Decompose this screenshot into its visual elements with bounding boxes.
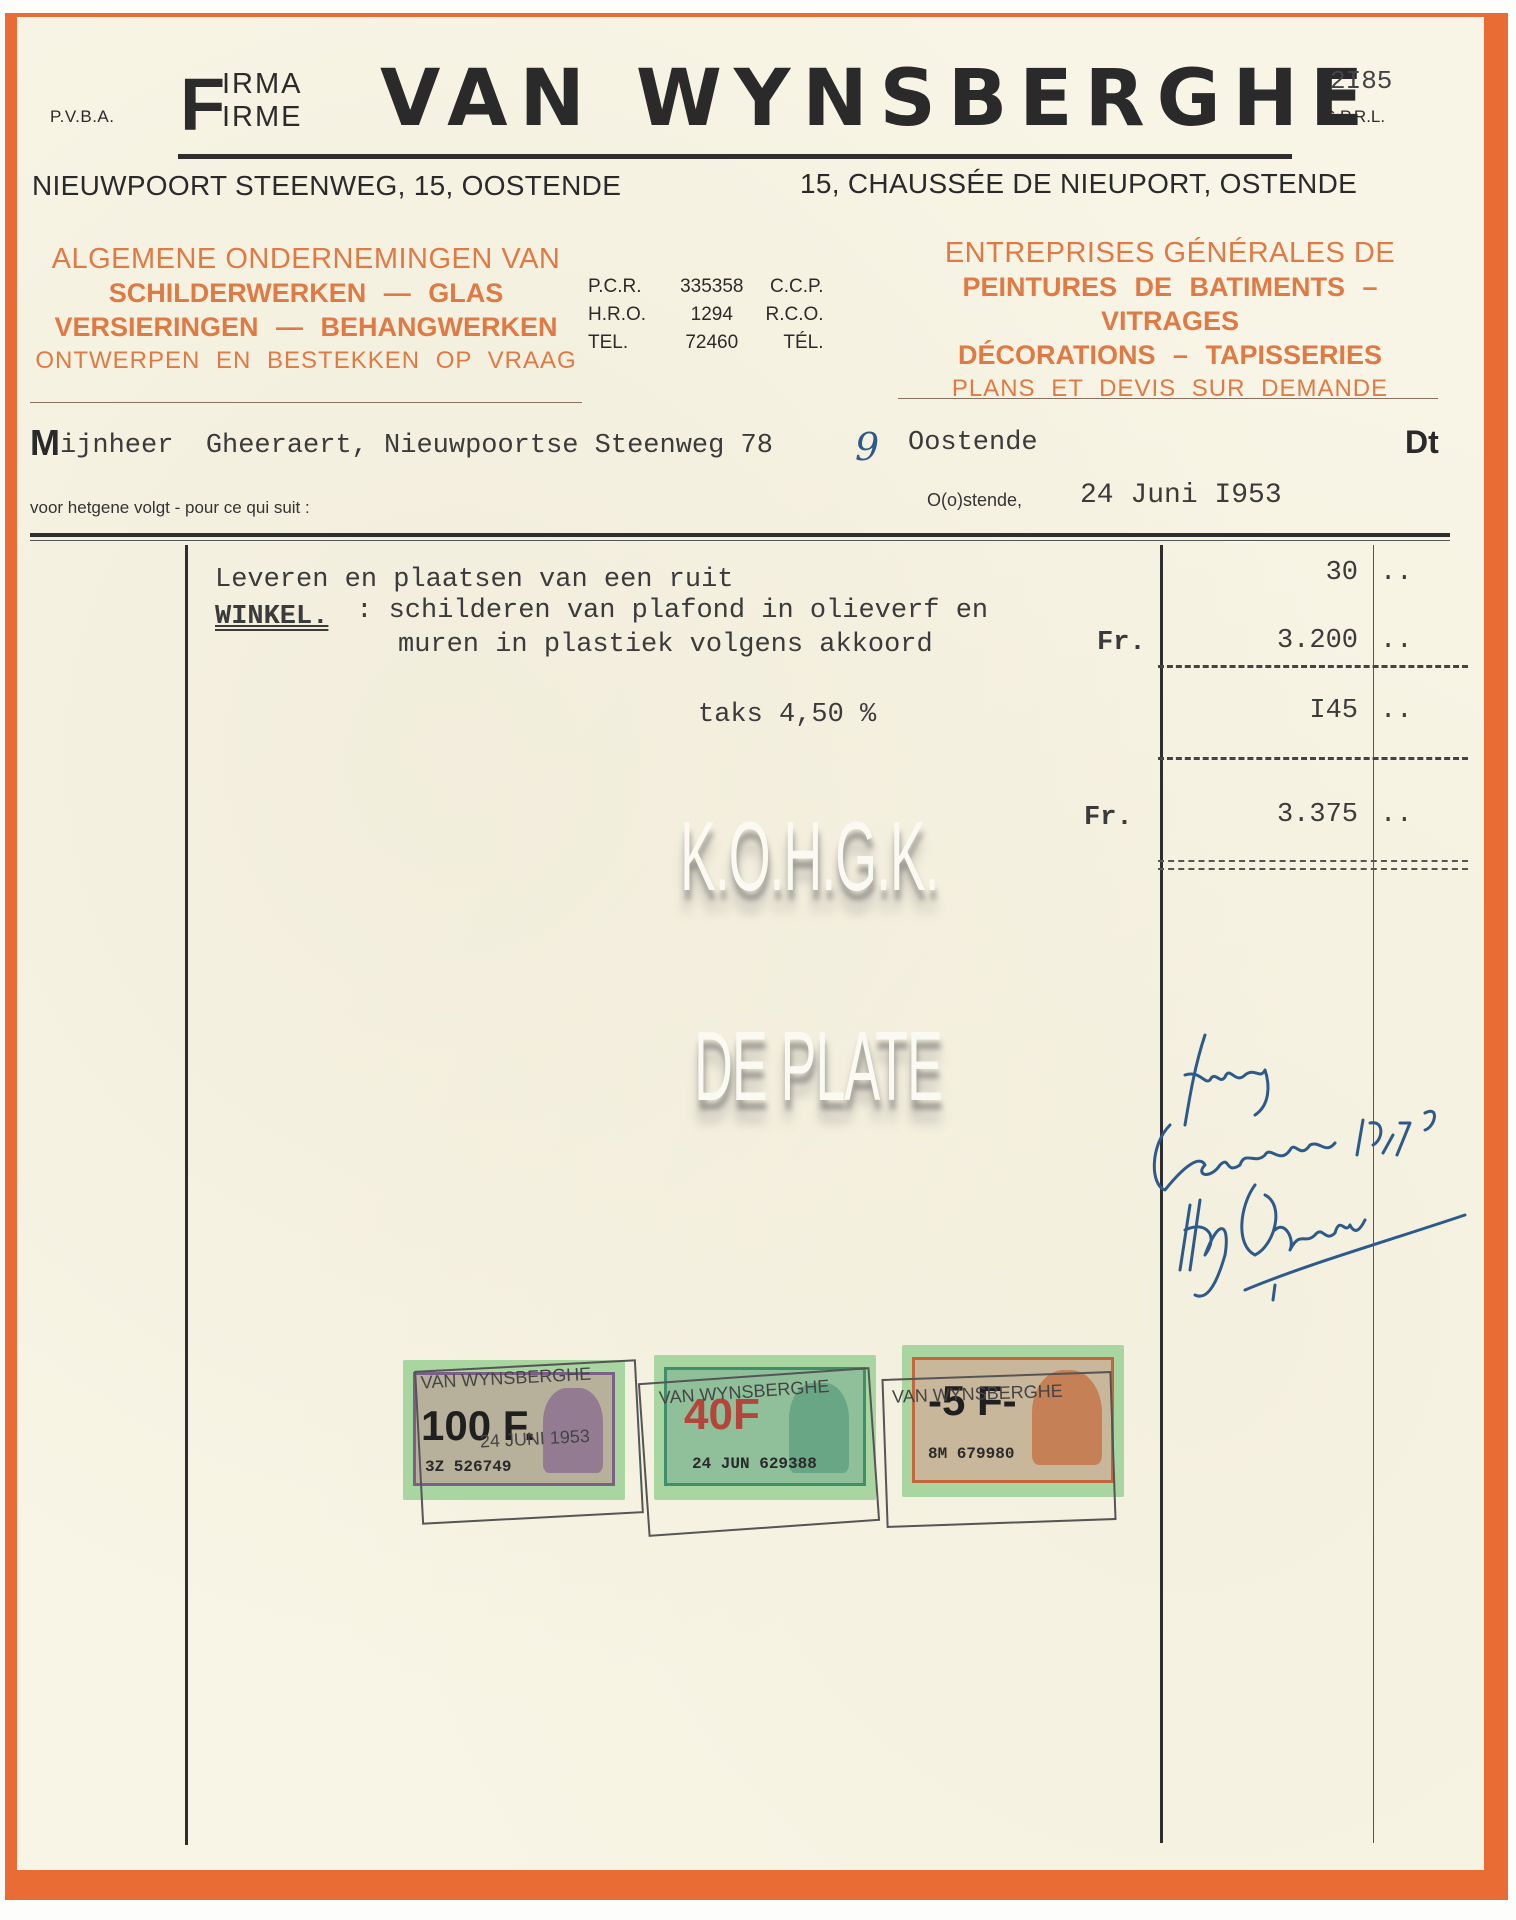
- table-top-rule-thin: [30, 540, 1450, 541]
- services-nl: ALGEMENE ONDERNEMINGEN VAN SCHILDERWERKE…: [26, 242, 586, 378]
- services-fr-line4: PLANS ET DEVIS SUR DEMANDE: [890, 372, 1450, 406]
- line-item-label-winkel: WINKEL.: [215, 602, 328, 632]
- subtotal-rule: [1158, 665, 1468, 668]
- tax-cents: ..: [1380, 696, 1412, 726]
- line-item-amount: 30: [1158, 558, 1358, 588]
- handwritten-house-number-correction: 9: [855, 425, 879, 469]
- address-nl: NIEUWPOORT STEENWEG, 15, OOSTENDE: [32, 170, 621, 202]
- reg-label-fr: TÉL.: [765, 329, 823, 357]
- company-name: VAN WYNSBERGHE: [380, 60, 1375, 138]
- services-fr: ENTREPRISES GÉNÉRALES DE PEINTURES DE BA…: [890, 236, 1450, 406]
- recipient-line: ijnheer Gheeraert, Nieuwpoortse Steenweg…: [60, 431, 773, 461]
- watermark-line2: DE PLATE: [694, 1010, 942, 1123]
- total-rule: [1158, 757, 1468, 760]
- services-fr-line1: ENTREPRISES GÉNÉRALES DE: [890, 236, 1450, 270]
- debit-marker: Dt: [1405, 424, 1439, 461]
- invoice-date: 24 Juni I953: [1080, 480, 1282, 511]
- handwritten-paid-signature: [1145, 1015, 1475, 1309]
- reg-value: 335358: [658, 273, 765, 301]
- table-left-line: [185, 545, 188, 1845]
- watermark-line1: K.O.H.G.K.: [680, 800, 939, 913]
- tax-label: taks 4,50 %: [698, 700, 876, 730]
- firma-fr-label: IRME: [222, 103, 303, 132]
- title-underline: [178, 154, 1292, 159]
- line-item-amount: 3.200: [1158, 626, 1358, 656]
- services-nl-line4: ONTWERPEN EN BESTEKKEN OP VRAAG: [26, 344, 586, 378]
- recipient-city: Oostende: [908, 428, 1038, 458]
- reg-value: 72460: [658, 329, 765, 357]
- services-nl-line3: VERSIERINGEN — BEHANGWERKEN: [26, 310, 586, 344]
- cancel-text: VAN WYNSBERGHE: [658, 1376, 830, 1409]
- address-fr: 15, CHAUSSÉE DE NIEUPORT, OSTENDE: [800, 168, 1357, 200]
- line-item-continuation: muren in plastiek volgens akkoord: [398, 630, 933, 660]
- registration-row: TEL. 72460 TÉL.: [588, 329, 824, 357]
- services-nl-rule: [30, 402, 582, 403]
- place-label: O(o)stende,: [927, 490, 1022, 511]
- services-nl-line2: SCHILDERWERKEN — GLAS: [26, 276, 586, 310]
- legal-form-fr: S.P.R.L.: [1324, 107, 1385, 127]
- registration-row: P.C.R. 335358 C.C.P.: [588, 273, 824, 301]
- total-double-rule: [1158, 860, 1468, 870]
- cancellation-postmark: VAN WYNSBERGHE 24 JUNI 1953: [414, 1359, 644, 1524]
- firma-nl-label: IRMA: [222, 70, 303, 99]
- services-fr-line3: DÉCORATIONS – TAPISSERIES: [890, 338, 1450, 372]
- cancellation-postmark: VAN WYNSBERGHE: [881, 1371, 1116, 1528]
- intro-label: voor hetgene volgt - pour ce qui suit :: [30, 498, 310, 518]
- registration-row: H.R.O. 1294 R.C.O.: [588, 301, 824, 329]
- total-cents: ..: [1380, 800, 1412, 830]
- currency-label: Fr.: [1097, 628, 1146, 658]
- cancel-text: VAN WYNSBERGHE: [892, 1381, 1063, 1408]
- document-number: 2I85: [1330, 66, 1392, 96]
- table-top-rule: [30, 533, 1450, 537]
- total-amount: 3.375: [1158, 800, 1358, 830]
- reg-label-nl: TEL.: [588, 329, 658, 357]
- services-fr-rule: [898, 398, 1438, 399]
- line-item-cents: ..: [1380, 558, 1412, 588]
- services-fr-line2: PEINTURES DE BATIMENTS – VITRAGES: [890, 270, 1450, 338]
- total-currency: Fr.: [1084, 803, 1133, 833]
- reg-label-fr: C.C.P.: [765, 273, 823, 301]
- line-item-cents: ..: [1380, 626, 1412, 656]
- salutation-initial: M: [30, 422, 60, 464]
- line-item-description: : schilderen van plafond in olieverf en: [340, 596, 988, 626]
- legal-form-nl: P.V.B.A.: [50, 107, 115, 127]
- registration-numbers: P.C.R. 335358 C.C.P. H.R.O. 1294 R.C.O. …: [588, 273, 824, 357]
- cancel-date: 24 JUNI 1953: [479, 1426, 590, 1453]
- firma-initial: F: [180, 68, 225, 142]
- reg-label-fr: R.C.O.: [765, 301, 823, 329]
- tax-amount: I45: [1158, 696, 1358, 726]
- services-nl-line1: ALGEMENE ONDERNEMINGEN VAN: [26, 242, 586, 276]
- line-item-description: Leveren en plaatsen van een ruit: [215, 565, 733, 595]
- reg-value: 1294: [658, 301, 765, 329]
- reg-label-nl: H.R.O.: [588, 301, 658, 329]
- cancellation-postmark: VAN WYNSBERGHE: [638, 1367, 880, 1537]
- reg-label-nl: P.C.R.: [588, 273, 658, 301]
